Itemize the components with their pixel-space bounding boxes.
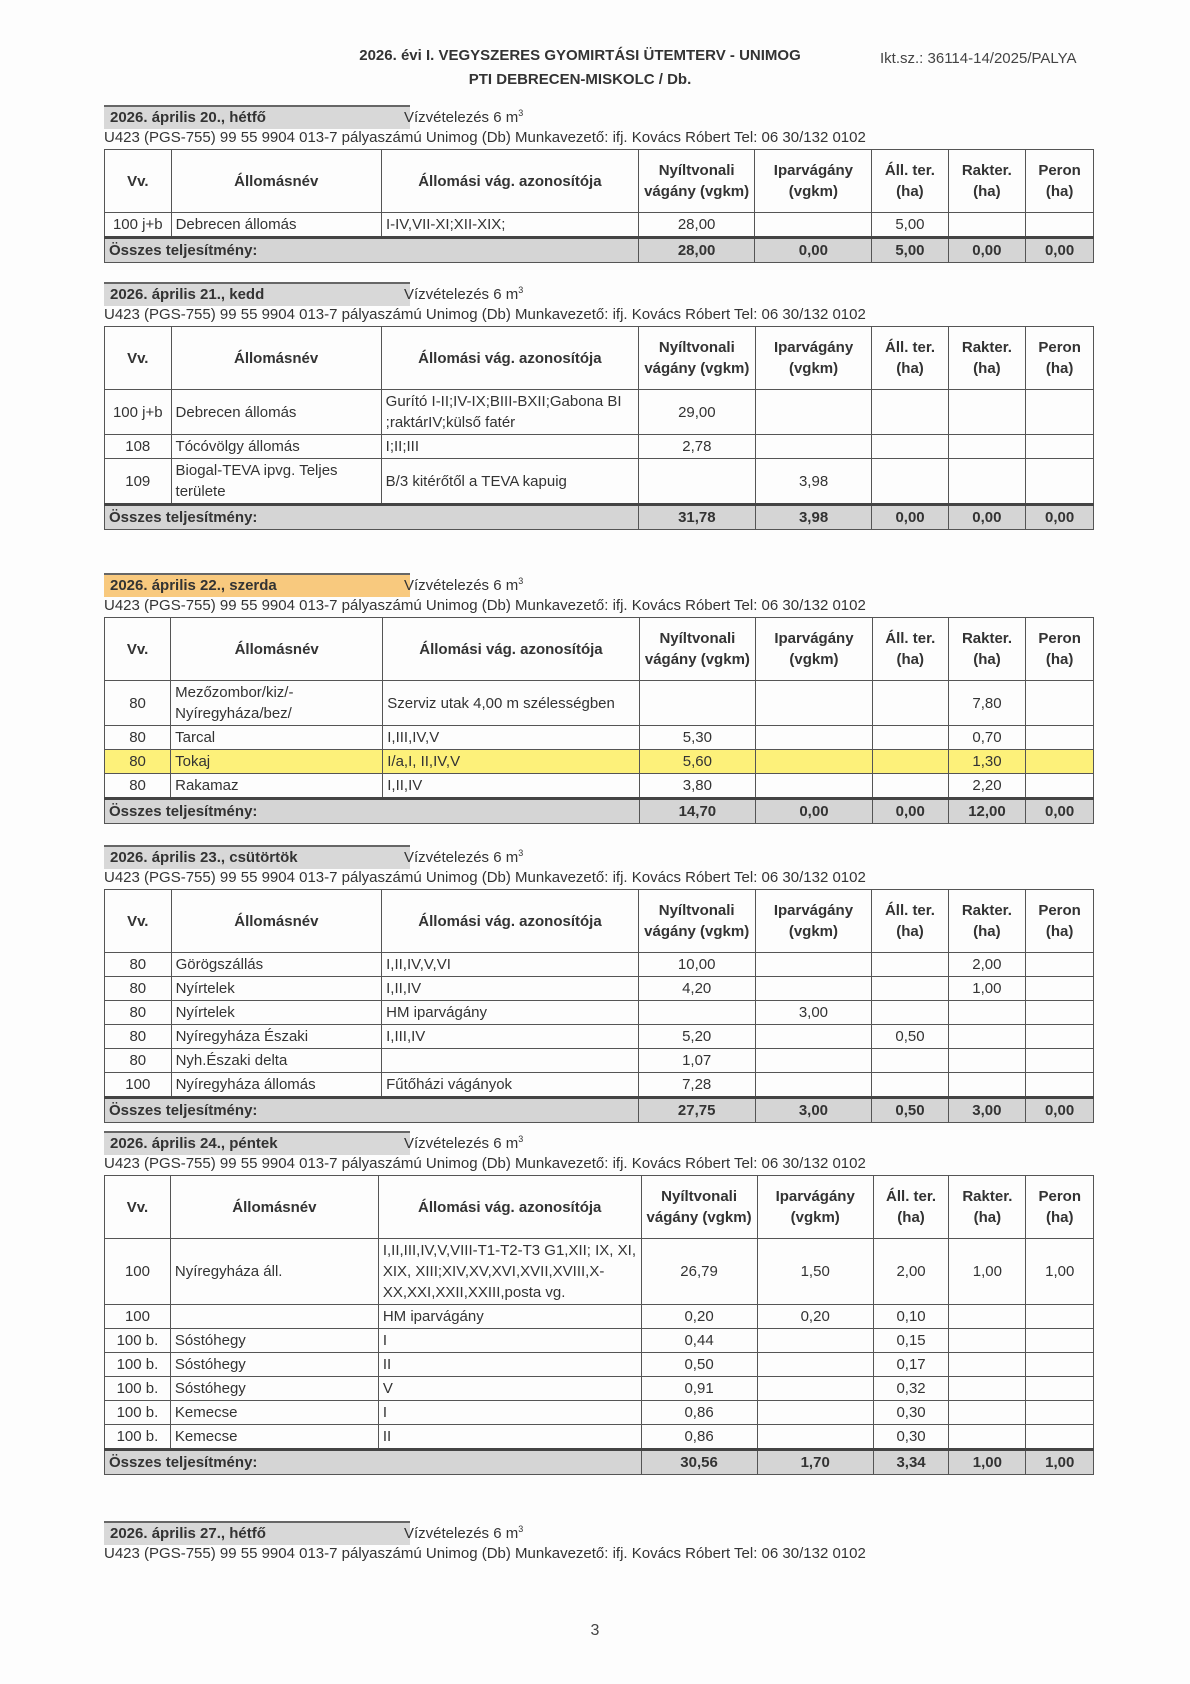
cell-ny: 28,00 bbox=[638, 213, 755, 238]
cell-ny: 0,86 bbox=[641, 1401, 757, 1425]
cell-all bbox=[872, 977, 948, 1001]
total-ip: 3,00 bbox=[755, 1098, 872, 1123]
cell-ip bbox=[755, 390, 872, 435]
cell-ny: 10,00 bbox=[638, 953, 755, 977]
total-label: Összes teljesítmény: bbox=[105, 1098, 639, 1123]
cell-rak: 1,00 bbox=[948, 977, 1026, 1001]
cell-name: Tócóvölgy állomás bbox=[171, 435, 381, 459]
total-rak: 3,00 bbox=[948, 1098, 1026, 1123]
cell-vv: 80 bbox=[105, 953, 172, 977]
table-header-row: Vv.ÁllomásnévÁllomási vág. azonosítójaNy… bbox=[105, 150, 1094, 213]
cell-name: Sóstóhegy bbox=[170, 1329, 378, 1353]
cell-rak bbox=[948, 390, 1026, 435]
title-line-1: 2026. évi I. VEGYSZERES GYOMIRTÁSI ÜTEMT… bbox=[300, 44, 860, 68]
total-ip: 1,70 bbox=[757, 1450, 873, 1475]
water-unit-exponent: 3 bbox=[518, 576, 523, 586]
day-section: 2026. április 24., péntekVízvételezés 6 … bbox=[104, 1131, 1094, 1475]
vehicle-info: U423 (PGS-755) 99 55 9904 013-7 pályaszá… bbox=[104, 595, 1094, 617]
cell-per bbox=[1026, 1353, 1094, 1377]
cell-track: Fűtőházi vágányok bbox=[382, 1073, 639, 1098]
cell-ny: 5,30 bbox=[639, 726, 755, 750]
cell-rak bbox=[949, 1305, 1026, 1329]
vehicle-info: U423 (PGS-755) 99 55 9904 013-7 pályaszá… bbox=[104, 1153, 1094, 1175]
day-header: 2026. április 27., hétfőVízvételezés 6 m… bbox=[104, 1521, 1094, 1543]
water-refill-note: Vízvételezés 6 m3 bbox=[404, 1524, 523, 1542]
column-header: Iparvágány (vgkm) bbox=[755, 890, 872, 953]
cell-ip bbox=[757, 1353, 873, 1377]
cell-track bbox=[382, 1049, 639, 1073]
cell-ip bbox=[757, 1377, 873, 1401]
total-label: Összes teljesítmény: bbox=[105, 505, 639, 530]
column-header: Peron (ha) bbox=[1026, 890, 1094, 953]
cell-ny: 4,20 bbox=[638, 977, 755, 1001]
cell-ny: 3,80 bbox=[639, 774, 755, 799]
table-row: 80Mezőzombor/kiz/-Nyíregyháza/bez/Szervi… bbox=[105, 681, 1094, 726]
column-header: Nyíltvonali vágány (vgkm) bbox=[638, 890, 755, 953]
total-rak: 1,00 bbox=[949, 1450, 1026, 1475]
cell-per bbox=[1026, 1425, 1094, 1450]
total-label: Összes teljesítmény: bbox=[105, 1450, 642, 1475]
water-unit-exponent: 3 bbox=[518, 285, 523, 295]
cell-vv: 100 b. bbox=[105, 1401, 171, 1425]
cell-per bbox=[1026, 681, 1094, 726]
cell-all bbox=[872, 774, 948, 799]
cell-all: 5,00 bbox=[872, 213, 948, 238]
cell-track: I/a,I, II,IV,V bbox=[383, 750, 639, 774]
day-section: 2026. április 27., hétfőVízvételezés 6 m… bbox=[104, 1521, 1094, 1565]
column-header: Iparvágány (vgkm) bbox=[755, 327, 872, 390]
vehicle-info: U423 (PGS-755) 99 55 9904 013-7 pályaszá… bbox=[104, 867, 1094, 889]
cell-name bbox=[170, 1305, 378, 1329]
cell-rak bbox=[948, 1001, 1026, 1025]
column-header: Peron (ha) bbox=[1026, 150, 1094, 213]
column-header: Áll. ter. (ha) bbox=[873, 1176, 948, 1239]
cell-name: Tokaj bbox=[171, 750, 383, 774]
table-row: 80NyírtelekI,II,IV4,201,00 bbox=[105, 977, 1094, 1001]
cell-ny bbox=[638, 1001, 755, 1025]
cell-all: 0,10 bbox=[873, 1305, 948, 1329]
water-unit-exponent: 3 bbox=[518, 848, 523, 858]
cell-name: Nyíregyháza áll. bbox=[170, 1239, 378, 1305]
day-date: 2026. április 24., péntek bbox=[104, 1131, 410, 1155]
table-row: 80RakamazI,II,IV3,802,20 bbox=[105, 774, 1094, 799]
table-row: 100 b.SóstóhegyII0,500,17 bbox=[105, 1353, 1094, 1377]
day-header: 2026. április 22., szerdaVízvételezés 6 … bbox=[104, 573, 1094, 595]
column-header: Iparvágány (vgkm) bbox=[756, 618, 873, 681]
column-header: Vv. bbox=[105, 327, 172, 390]
cell-name: Biogal-TEVA ipvg. Teljes területe bbox=[171, 459, 381, 505]
cell-ny: 2,78 bbox=[639, 435, 756, 459]
total-ny: 31,78 bbox=[639, 505, 756, 530]
table-header-row: Vv.ÁllomásnévÁllomási vág. azonosítójaNy… bbox=[105, 618, 1094, 681]
total-rak: 12,00 bbox=[948, 799, 1026, 824]
day-date: 2026. április 20., hétfő bbox=[104, 105, 410, 129]
cell-all bbox=[872, 1001, 948, 1025]
total-ny: 28,00 bbox=[638, 238, 755, 263]
cell-name: Kemecse bbox=[170, 1425, 378, 1450]
cell-ny: 5,60 bbox=[639, 750, 755, 774]
cell-vv: 100 b. bbox=[105, 1377, 171, 1401]
column-header: Vv. bbox=[105, 618, 171, 681]
day-date: 2026. április 22., szerda bbox=[104, 573, 410, 597]
cell-all: 0,50 bbox=[872, 1025, 948, 1049]
cell-track: Szerviz utak 4,00 m szélességben bbox=[383, 681, 639, 726]
cell-ny: 0,91 bbox=[641, 1377, 757, 1401]
total-ip: 3,98 bbox=[755, 505, 872, 530]
cell-ip: 3,00 bbox=[755, 1001, 872, 1025]
cell-track: II bbox=[378, 1353, 641, 1377]
cell-vv: 100 b. bbox=[105, 1425, 171, 1450]
column-header: Rakter. (ha) bbox=[948, 327, 1026, 390]
water-label: Vízvételezés 6 m bbox=[404, 577, 518, 594]
column-header: Állomásnév bbox=[171, 327, 381, 390]
cell-name: Nyh.Északi delta bbox=[171, 1049, 382, 1073]
column-header: Állomási vág. azonosítója bbox=[378, 1176, 641, 1239]
cell-per bbox=[1026, 435, 1094, 459]
cell-per bbox=[1026, 1401, 1094, 1425]
cell-name: Debrecen állomás bbox=[171, 213, 381, 238]
cell-name: Nyíregyháza Északi bbox=[171, 1025, 382, 1049]
cell-ny: 1,07 bbox=[638, 1049, 755, 1073]
cell-all bbox=[872, 1049, 948, 1073]
cell-all bbox=[872, 750, 948, 774]
water-label: Vízvételezés 6 m bbox=[404, 286, 518, 303]
water-refill-note: Vízvételezés 6 m3 bbox=[404, 108, 523, 126]
cell-track: I,II,IV bbox=[383, 774, 639, 799]
cell-rak: 1,30 bbox=[948, 750, 1026, 774]
page-number: 3 bbox=[0, 1622, 1190, 1640]
cell-rak bbox=[948, 459, 1026, 505]
total-row: Összes teljesítmény:27,753,000,503,000,0… bbox=[105, 1098, 1094, 1123]
cell-vv: 80 bbox=[105, 726, 171, 750]
cell-all bbox=[872, 435, 948, 459]
column-header: Áll. ter. (ha) bbox=[872, 150, 948, 213]
cell-vv: 100 bbox=[105, 1073, 172, 1098]
water-unit-exponent: 3 bbox=[518, 1134, 523, 1144]
cell-ny bbox=[639, 681, 755, 726]
cell-ip bbox=[757, 1425, 873, 1450]
table-row: 80Nyh.Északi delta1,07 bbox=[105, 1049, 1094, 1073]
total-all: 5,00 bbox=[872, 238, 948, 263]
column-header: Peron (ha) bbox=[1026, 1176, 1094, 1239]
table-row: 100 j+bDebrecen állomásGurító I-II;IV-IX… bbox=[105, 390, 1094, 435]
total-per: 1,00 bbox=[1026, 1450, 1094, 1475]
cell-ip bbox=[755, 1073, 872, 1098]
vehicle-info: U423 (PGS-755) 99 55 9904 013-7 pályaszá… bbox=[104, 304, 1094, 326]
cell-track: I bbox=[378, 1401, 641, 1425]
total-row: Összes teljesítmény:14,700,000,0012,000,… bbox=[105, 799, 1094, 824]
total-row: Összes teljesítmény:31,783,980,000,000,0… bbox=[105, 505, 1094, 530]
cell-ny: 7,28 bbox=[638, 1073, 755, 1098]
cell-ip: 1,50 bbox=[757, 1239, 873, 1305]
total-per: 0,00 bbox=[1026, 238, 1094, 263]
cell-name: Görögszállás bbox=[171, 953, 382, 977]
water-label: Vízvételezés 6 m bbox=[404, 1525, 518, 1542]
column-header: Rakter. (ha) bbox=[949, 1176, 1026, 1239]
cell-rak: 2,00 bbox=[948, 953, 1026, 977]
cell-rak bbox=[948, 435, 1026, 459]
cell-per bbox=[1026, 1377, 1094, 1401]
cell-ip: 3,98 bbox=[755, 459, 872, 505]
total-ip: 0,00 bbox=[756, 799, 873, 824]
cell-per bbox=[1026, 213, 1094, 238]
cell-rak bbox=[948, 1073, 1026, 1098]
table-row: 109Biogal-TEVA ipvg. Teljes területeB/3 … bbox=[105, 459, 1094, 505]
column-header: Áll. ter. (ha) bbox=[872, 327, 948, 390]
cell-all: 0,15 bbox=[873, 1329, 948, 1353]
column-header: Iparvágány (vgkm) bbox=[755, 150, 872, 213]
column-header: Vv. bbox=[105, 890, 172, 953]
cell-ip bbox=[755, 953, 872, 977]
table-header-row: Vv.ÁllomásnévÁllomási vág. azonosítójaNy… bbox=[105, 890, 1094, 953]
cell-all bbox=[872, 681, 948, 726]
cell-ny: 0,50 bbox=[641, 1353, 757, 1377]
total-all: 3,34 bbox=[873, 1450, 948, 1475]
water-label: Vízvételezés 6 m bbox=[404, 109, 518, 126]
cell-rak bbox=[949, 1425, 1026, 1450]
cell-ip bbox=[756, 681, 873, 726]
cell-vv: 100 j+b bbox=[105, 213, 172, 238]
total-ip: 0,00 bbox=[755, 238, 872, 263]
total-rak: 0,00 bbox=[948, 505, 1026, 530]
total-ny: 27,75 bbox=[638, 1098, 755, 1123]
cell-rak bbox=[948, 213, 1026, 238]
cell-per bbox=[1026, 459, 1094, 505]
total-ny: 30,56 bbox=[641, 1450, 757, 1475]
day-section: 2026. április 23., csütörtökVízvételezés… bbox=[104, 845, 1094, 1123]
cell-vv: 80 bbox=[105, 750, 171, 774]
cell-per bbox=[1026, 953, 1094, 977]
cell-all bbox=[872, 390, 948, 435]
cell-ip bbox=[755, 435, 872, 459]
cell-name: Nyírtelek bbox=[171, 977, 382, 1001]
cell-ip bbox=[755, 213, 872, 238]
day-header: 2026. április 23., csütörtökVízvételezés… bbox=[104, 845, 1094, 867]
cell-name: Sóstóhegy bbox=[170, 1377, 378, 1401]
table-row: 80GörögszállásI,II,IV,V,VI10,002,00 bbox=[105, 953, 1094, 977]
column-header: Állomási vág. azonosítója bbox=[381, 150, 638, 213]
cell-ny: 5,20 bbox=[638, 1025, 755, 1049]
cell-name: Debrecen állomás bbox=[171, 390, 381, 435]
table-row: 100 j+bDebrecen állomásI-IV,VII-XI;XII-X… bbox=[105, 213, 1094, 238]
column-header: Állomásnév bbox=[171, 890, 382, 953]
column-header: Állomásnév bbox=[171, 618, 383, 681]
cell-vv: 80 bbox=[105, 774, 171, 799]
column-header: Rakter. (ha) bbox=[948, 150, 1026, 213]
cell-all: 2,00 bbox=[873, 1239, 948, 1305]
cell-name: Kemecse bbox=[170, 1401, 378, 1425]
column-header: Peron (ha) bbox=[1026, 618, 1094, 681]
cell-vv: 100 bbox=[105, 1239, 171, 1305]
cell-per bbox=[1026, 1049, 1094, 1073]
day-header: 2026. április 21., keddVízvételezés 6 m3 bbox=[104, 282, 1094, 304]
water-unit-exponent: 3 bbox=[518, 1524, 523, 1534]
cell-ip: 0,20 bbox=[757, 1305, 873, 1329]
cell-name: Nyíregyháza állomás bbox=[171, 1073, 382, 1098]
title-line-2: PTI DEBRECEN-MISKOLC / Db. bbox=[300, 68, 860, 92]
cell-vv: 100 j+b bbox=[105, 390, 172, 435]
cell-track: II bbox=[378, 1425, 641, 1450]
table-row: 100Nyíregyháza állomásFűtőházi vágányok7… bbox=[105, 1073, 1094, 1098]
cell-ny: 26,79 bbox=[641, 1239, 757, 1305]
cell-name: Mezőzombor/kiz/-Nyíregyháza/bez/ bbox=[171, 681, 383, 726]
cell-vv: 100 b. bbox=[105, 1353, 171, 1377]
cell-ip bbox=[756, 774, 873, 799]
table-row: 80TarcalI,III,IV,V5,300,70 bbox=[105, 726, 1094, 750]
cell-ip bbox=[757, 1329, 873, 1353]
cell-rak bbox=[948, 1049, 1026, 1073]
cell-name: Nyírtelek bbox=[171, 1001, 382, 1025]
document-title: 2026. évi I. VEGYSZERES GYOMIRTÁSI ÜTEMT… bbox=[300, 44, 860, 92]
cell-per bbox=[1026, 774, 1094, 799]
cell-per: 1,00 bbox=[1026, 1239, 1094, 1305]
column-header: Rakter. (ha) bbox=[948, 618, 1026, 681]
column-header: Áll. ter. (ha) bbox=[872, 618, 948, 681]
table-row: 100 b.SóstóhegyV0,910,32 bbox=[105, 1377, 1094, 1401]
cell-ny bbox=[639, 459, 756, 505]
column-header: Állomási vág. azonosítója bbox=[382, 890, 639, 953]
table-header-row: Vv.ÁllomásnévÁllomási vág. azonosítójaNy… bbox=[105, 1176, 1094, 1239]
cell-track: I,II,IV bbox=[382, 977, 639, 1001]
table-row: 100 b.KemecseI0,860,30 bbox=[105, 1401, 1094, 1425]
cell-ip bbox=[756, 750, 873, 774]
cell-per bbox=[1026, 726, 1094, 750]
table-row: 100HM iparvágány0,200,200,10 bbox=[105, 1305, 1094, 1329]
cell-track: I-IV,VII-XI;XII-XIX; bbox=[381, 213, 638, 238]
schedule-table: Vv.ÁllomásnévÁllomási vág. azonosítójaNy… bbox=[104, 889, 1094, 1123]
cell-rak: 1,00 bbox=[949, 1239, 1026, 1305]
table-row: 100 b.KemecseII0,860,30 bbox=[105, 1425, 1094, 1450]
cell-all bbox=[872, 459, 948, 505]
cell-rak bbox=[949, 1377, 1026, 1401]
table-row: 100 b.SóstóhegyI0,440,15 bbox=[105, 1329, 1094, 1353]
cell-track: Gurító I-II;IV-IX;BIII-BXII;Gabona BI ;r… bbox=[381, 390, 638, 435]
column-header: Iparvágány (vgkm) bbox=[757, 1176, 873, 1239]
cell-per bbox=[1026, 1305, 1094, 1329]
total-label: Összes teljesítmény: bbox=[105, 238, 639, 263]
total-ny: 14,70 bbox=[639, 799, 755, 824]
cell-track: HM iparvágány bbox=[382, 1001, 639, 1025]
cell-ip bbox=[755, 977, 872, 1001]
cell-per bbox=[1026, 750, 1094, 774]
water-refill-note: Vízvételezés 6 m3 bbox=[404, 1134, 523, 1152]
column-header: Állomásnév bbox=[170, 1176, 378, 1239]
cell-per bbox=[1026, 1025, 1094, 1049]
schedule-table: Vv.ÁllomásnévÁllomási vág. azonosítójaNy… bbox=[104, 326, 1094, 530]
column-header: Rakter. (ha) bbox=[948, 890, 1026, 953]
cell-track: HM iparvágány bbox=[378, 1305, 641, 1329]
column-header: Nyíltvonali vágány (vgkm) bbox=[641, 1176, 757, 1239]
cell-per bbox=[1026, 1073, 1094, 1098]
table-row: 100Nyíregyháza áll.I,II,III,IV,V,VIII-T1… bbox=[105, 1239, 1094, 1305]
cell-track: B/3 kitérőtől a TEVA kapuig bbox=[381, 459, 638, 505]
cell-rak: 7,80 bbox=[948, 681, 1026, 726]
cell-track: I,II,III,IV,V,VIII-T1-T2-T3 G1,XII; IX, … bbox=[378, 1239, 641, 1305]
cell-per bbox=[1026, 977, 1094, 1001]
cell-name: Rakamaz bbox=[171, 774, 383, 799]
cell-vv: 80 bbox=[105, 681, 171, 726]
cell-track: V bbox=[378, 1377, 641, 1401]
column-header: Állomásnév bbox=[171, 150, 381, 213]
day-date: 2026. április 21., kedd bbox=[104, 282, 410, 306]
day-section: 2026. április 22., szerdaVízvételezés 6 … bbox=[104, 573, 1094, 824]
cell-per bbox=[1026, 1329, 1094, 1353]
vehicle-info: U423 (PGS-755) 99 55 9904 013-7 pályaszá… bbox=[104, 127, 1094, 149]
day-header: 2026. április 20., hétfőVízvételezés 6 m… bbox=[104, 105, 1094, 127]
cell-rak: 0,70 bbox=[948, 726, 1026, 750]
cell-all bbox=[872, 953, 948, 977]
total-all: 0,50 bbox=[872, 1098, 948, 1123]
cell-ny: 0,20 bbox=[641, 1305, 757, 1329]
cell-ny: 0,86 bbox=[641, 1425, 757, 1450]
day-date: 2026. április 23., csütörtök bbox=[104, 845, 410, 869]
water-refill-note: Vízvételezés 6 m3 bbox=[404, 285, 523, 303]
cell-track: I,III,IV bbox=[382, 1025, 639, 1049]
cell-per bbox=[1026, 1001, 1094, 1025]
cell-name: Sóstóhegy bbox=[170, 1353, 378, 1377]
total-all: 0,00 bbox=[872, 799, 948, 824]
cell-track: I,II,IV,V,VI bbox=[382, 953, 639, 977]
cell-ip bbox=[757, 1401, 873, 1425]
water-label: Vízvételezés 6 m bbox=[404, 849, 518, 866]
cell-all: 0,17 bbox=[873, 1353, 948, 1377]
cell-rak bbox=[949, 1329, 1026, 1353]
column-header: Nyíltvonali vágány (vgkm) bbox=[639, 327, 756, 390]
day-section: 2026. április 20., hétfőVízvételezés 6 m… bbox=[104, 105, 1094, 263]
cell-vv: 80 bbox=[105, 1025, 172, 1049]
total-per: 0,00 bbox=[1026, 1098, 1094, 1123]
water-label: Vízvételezés 6 m bbox=[404, 1135, 518, 1152]
schedule-table: Vv.ÁllomásnévÁllomási vág. azonosítójaNy… bbox=[104, 149, 1094, 263]
cell-all: 0,30 bbox=[873, 1401, 948, 1425]
cell-vv: 100 b. bbox=[105, 1329, 171, 1353]
table-row: 80NyírtelekHM iparvágány3,00 bbox=[105, 1001, 1094, 1025]
cell-track: I,III,IV,V bbox=[383, 726, 639, 750]
cell-vv: 80 bbox=[105, 977, 172, 1001]
cell-ny: 29,00 bbox=[639, 390, 756, 435]
cell-all bbox=[872, 726, 948, 750]
cell-rak bbox=[948, 1025, 1026, 1049]
cell-rak bbox=[949, 1353, 1026, 1377]
table-row: 108Tócóvölgy állomásI;II;III2,78 bbox=[105, 435, 1094, 459]
cell-track: I;II;III bbox=[381, 435, 638, 459]
total-all: 0,00 bbox=[872, 505, 948, 530]
cell-vv: 80 bbox=[105, 1001, 172, 1025]
cell-all: 0,32 bbox=[873, 1377, 948, 1401]
column-header: Vv. bbox=[105, 150, 172, 213]
column-header: Állomási vág. azonosítója bbox=[383, 618, 639, 681]
schedule-table: Vv.ÁllomásnévÁllomási vág. azonosítójaNy… bbox=[104, 1175, 1094, 1475]
total-per: 0,00 bbox=[1026, 799, 1094, 824]
column-header: Nyíltvonali vágány (vgkm) bbox=[638, 150, 755, 213]
table-row: 80Nyíregyháza ÉszakiI,III,IV5,200,50 bbox=[105, 1025, 1094, 1049]
schedule-table: Vv.ÁllomásnévÁllomási vág. azonosítójaNy… bbox=[104, 617, 1094, 824]
day-header: 2026. április 24., péntekVízvételezés 6 … bbox=[104, 1131, 1094, 1153]
total-rak: 0,00 bbox=[948, 238, 1026, 263]
cell-track: I bbox=[378, 1329, 641, 1353]
column-header: Vv. bbox=[105, 1176, 171, 1239]
column-header: Nyíltvonali vágány (vgkm) bbox=[639, 618, 755, 681]
total-row: Összes teljesítmény:28,000,005,000,000,0… bbox=[105, 238, 1094, 263]
cell-ip bbox=[755, 1049, 872, 1073]
cell-name: Tarcal bbox=[171, 726, 383, 750]
total-label: Összes teljesítmény: bbox=[105, 799, 640, 824]
water-unit-exponent: 3 bbox=[518, 108, 523, 118]
cell-vv: 100 bbox=[105, 1305, 171, 1329]
water-refill-note: Vízvételezés 6 m3 bbox=[404, 576, 523, 594]
cell-ip bbox=[756, 726, 873, 750]
reference-number: Ikt.sz.: 36114-14/2025/PALYA bbox=[880, 50, 1077, 67]
